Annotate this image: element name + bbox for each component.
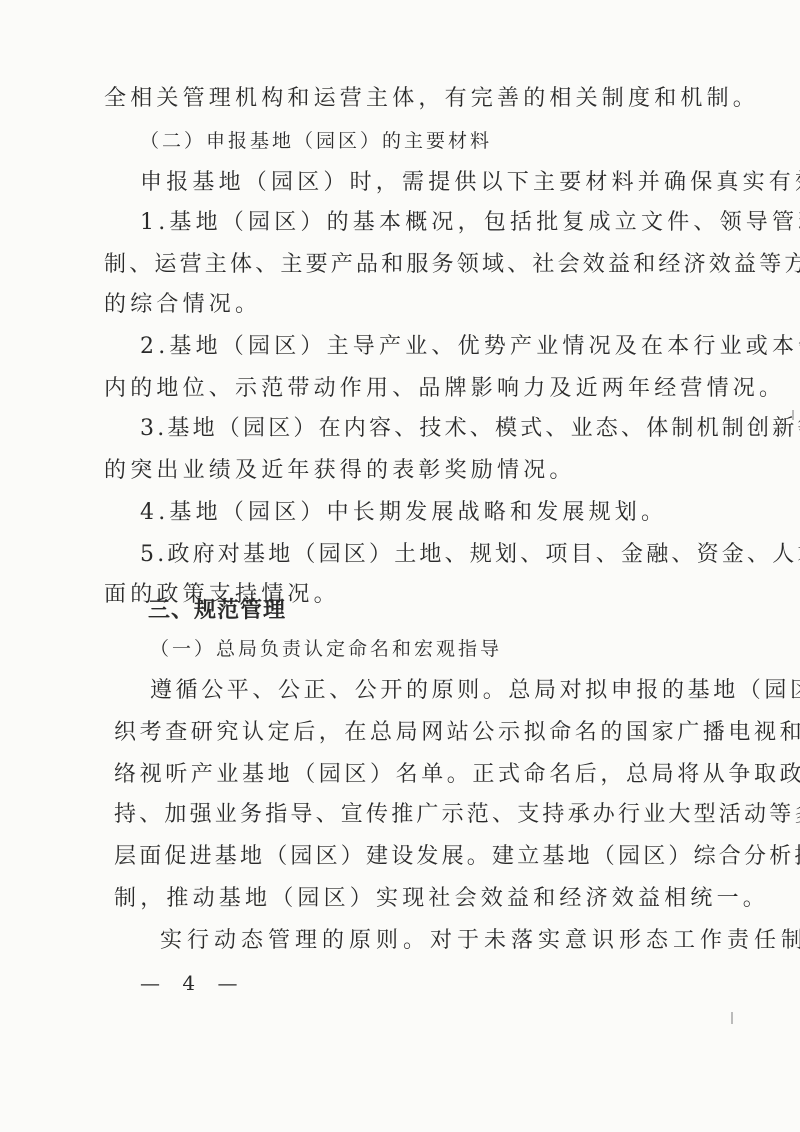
scan-mark xyxy=(731,1012,733,1024)
paragraph-line: 的综合情况。 xyxy=(104,290,261,320)
paragraph-line: 申报基地（园区）时，需提供以下主要材料并确保真实有效。 xyxy=(140,168,800,198)
subsection-title: （一）总局负责认定命名和宏观指导 xyxy=(150,634,502,664)
paragraph-line: 层面促进基地（园区）建设发展。建立基地（园区）综合分析报告机 xyxy=(114,842,800,872)
list-item: 5.政府对基地（园区）土地、规划、项目、金融、资金、人才等方 xyxy=(140,540,800,570)
paragraph-line: 遵循公平、公正、公开的原则。总局对拟申报的基地（园区）组 xyxy=(150,676,800,706)
paragraph-line: 络视听产业基地（园区）名单。正式命名后，总局将从争取政策支 xyxy=(114,760,800,790)
list-item: 3.基地（园区）在内容、技术、模式、业态、体制机制创新等方面 xyxy=(140,414,800,444)
list-item: 4.基地（园区）中长期发展战略和发展规划。 xyxy=(140,498,667,528)
section-heading: 三、规范管理 xyxy=(148,596,286,626)
paragraph-line: 制，推动基地（园区）实现社会效益和经济效益相统一。 xyxy=(114,884,769,914)
scan-mark xyxy=(792,410,794,420)
list-item: 1.基地（园区）的基本概况，包括批复成立文件、领导管理体 xyxy=(140,208,800,238)
list-item: 2.基地（园区）主导产业、优势产业情况及在本行业或本领域 xyxy=(140,332,800,362)
paragraph-line: 的突出业绩及近年获得的表彰奖励情况。 xyxy=(104,456,576,486)
subsection-title: （二）申报基地（园区）的主要材料 xyxy=(140,126,492,156)
paragraph-line: 内的地位、示范带动作用、品牌影响力及近两年经营情况。 xyxy=(104,374,785,404)
page-number: — 4 — xyxy=(140,968,245,998)
paragraph-line: 织考查研究认定后，在总局网站公示拟命名的国家广播电视和网 xyxy=(114,718,800,748)
paragraph-line: 持、加强业务指导、宣传推广示范、支持承办行业大型活动等多个 xyxy=(114,800,800,830)
paragraph-line: 全相关管理机构和运营主体，有完善的相关制度和机制。 xyxy=(104,84,759,114)
paragraph-line: 实行动态管理的原则。对于未落实意识形态工作责任制、因 xyxy=(160,926,800,956)
paragraph-line: 制、运营主体、主要产品和服务领域、社会效益和经济效益等方面 xyxy=(104,250,800,280)
